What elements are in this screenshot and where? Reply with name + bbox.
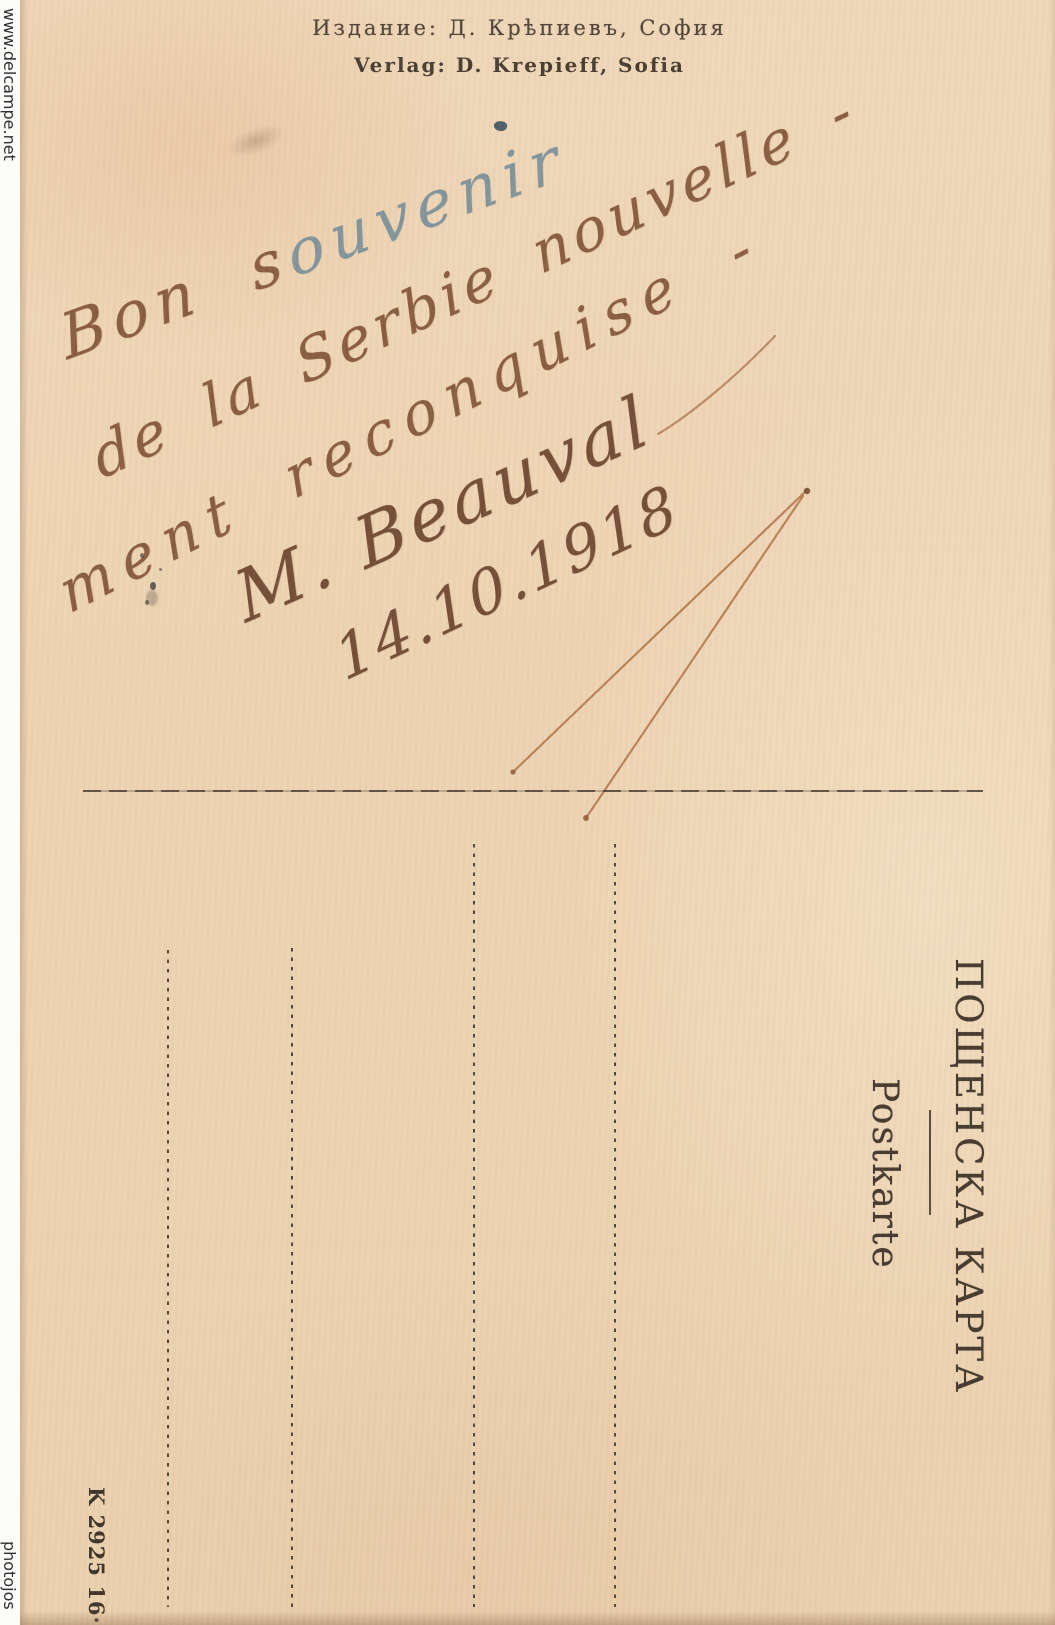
postcard-title-bulgarian: ПОЩЕНСКА КАРТА [950, 958, 987, 1395]
publisher-line-bulgarian: Издание: Д. Крѣпиевъ, София [20, 16, 1019, 40]
title-separator-line [929, 1110, 931, 1215]
card-right-edge-shadow [1049, 0, 1055, 1625]
paper-speck [146, 590, 158, 606]
ink-smudge [222, 118, 289, 164]
card-left-edge-shadow [20, 0, 28, 1625]
message-address-divider [83, 790, 983, 792]
watermark-photojos-text: photojos [1, 1541, 17, 1610]
address-dotted-line [291, 948, 293, 1607]
address-dotted-line [614, 844, 616, 1607]
postcard-title-german: Postkarte [866, 1078, 902, 1270]
publisher-line-german: Verlag: D. Krepieff, Sofia [20, 53, 1019, 77]
watermark-site-text: www.delcampe.net [1, 8, 17, 161]
paper-speck [150, 582, 156, 590]
address-dotted-line [473, 844, 475, 1607]
postcard-scan: Издание: Д. Крѣпиевъ, София Verlag: D. K… [0, 0, 1055, 1625]
paper-speck [140, 553, 144, 558]
serial-number: K 2925 16· [86, 1487, 107, 1625]
card-bottom-edge-shadow [0, 1611, 1055, 1625]
watermark-strip: www.delcampe.net photojos [0, 0, 20, 1625]
paper-speck [159, 568, 162, 571]
address-dotted-line [167, 950, 169, 1607]
